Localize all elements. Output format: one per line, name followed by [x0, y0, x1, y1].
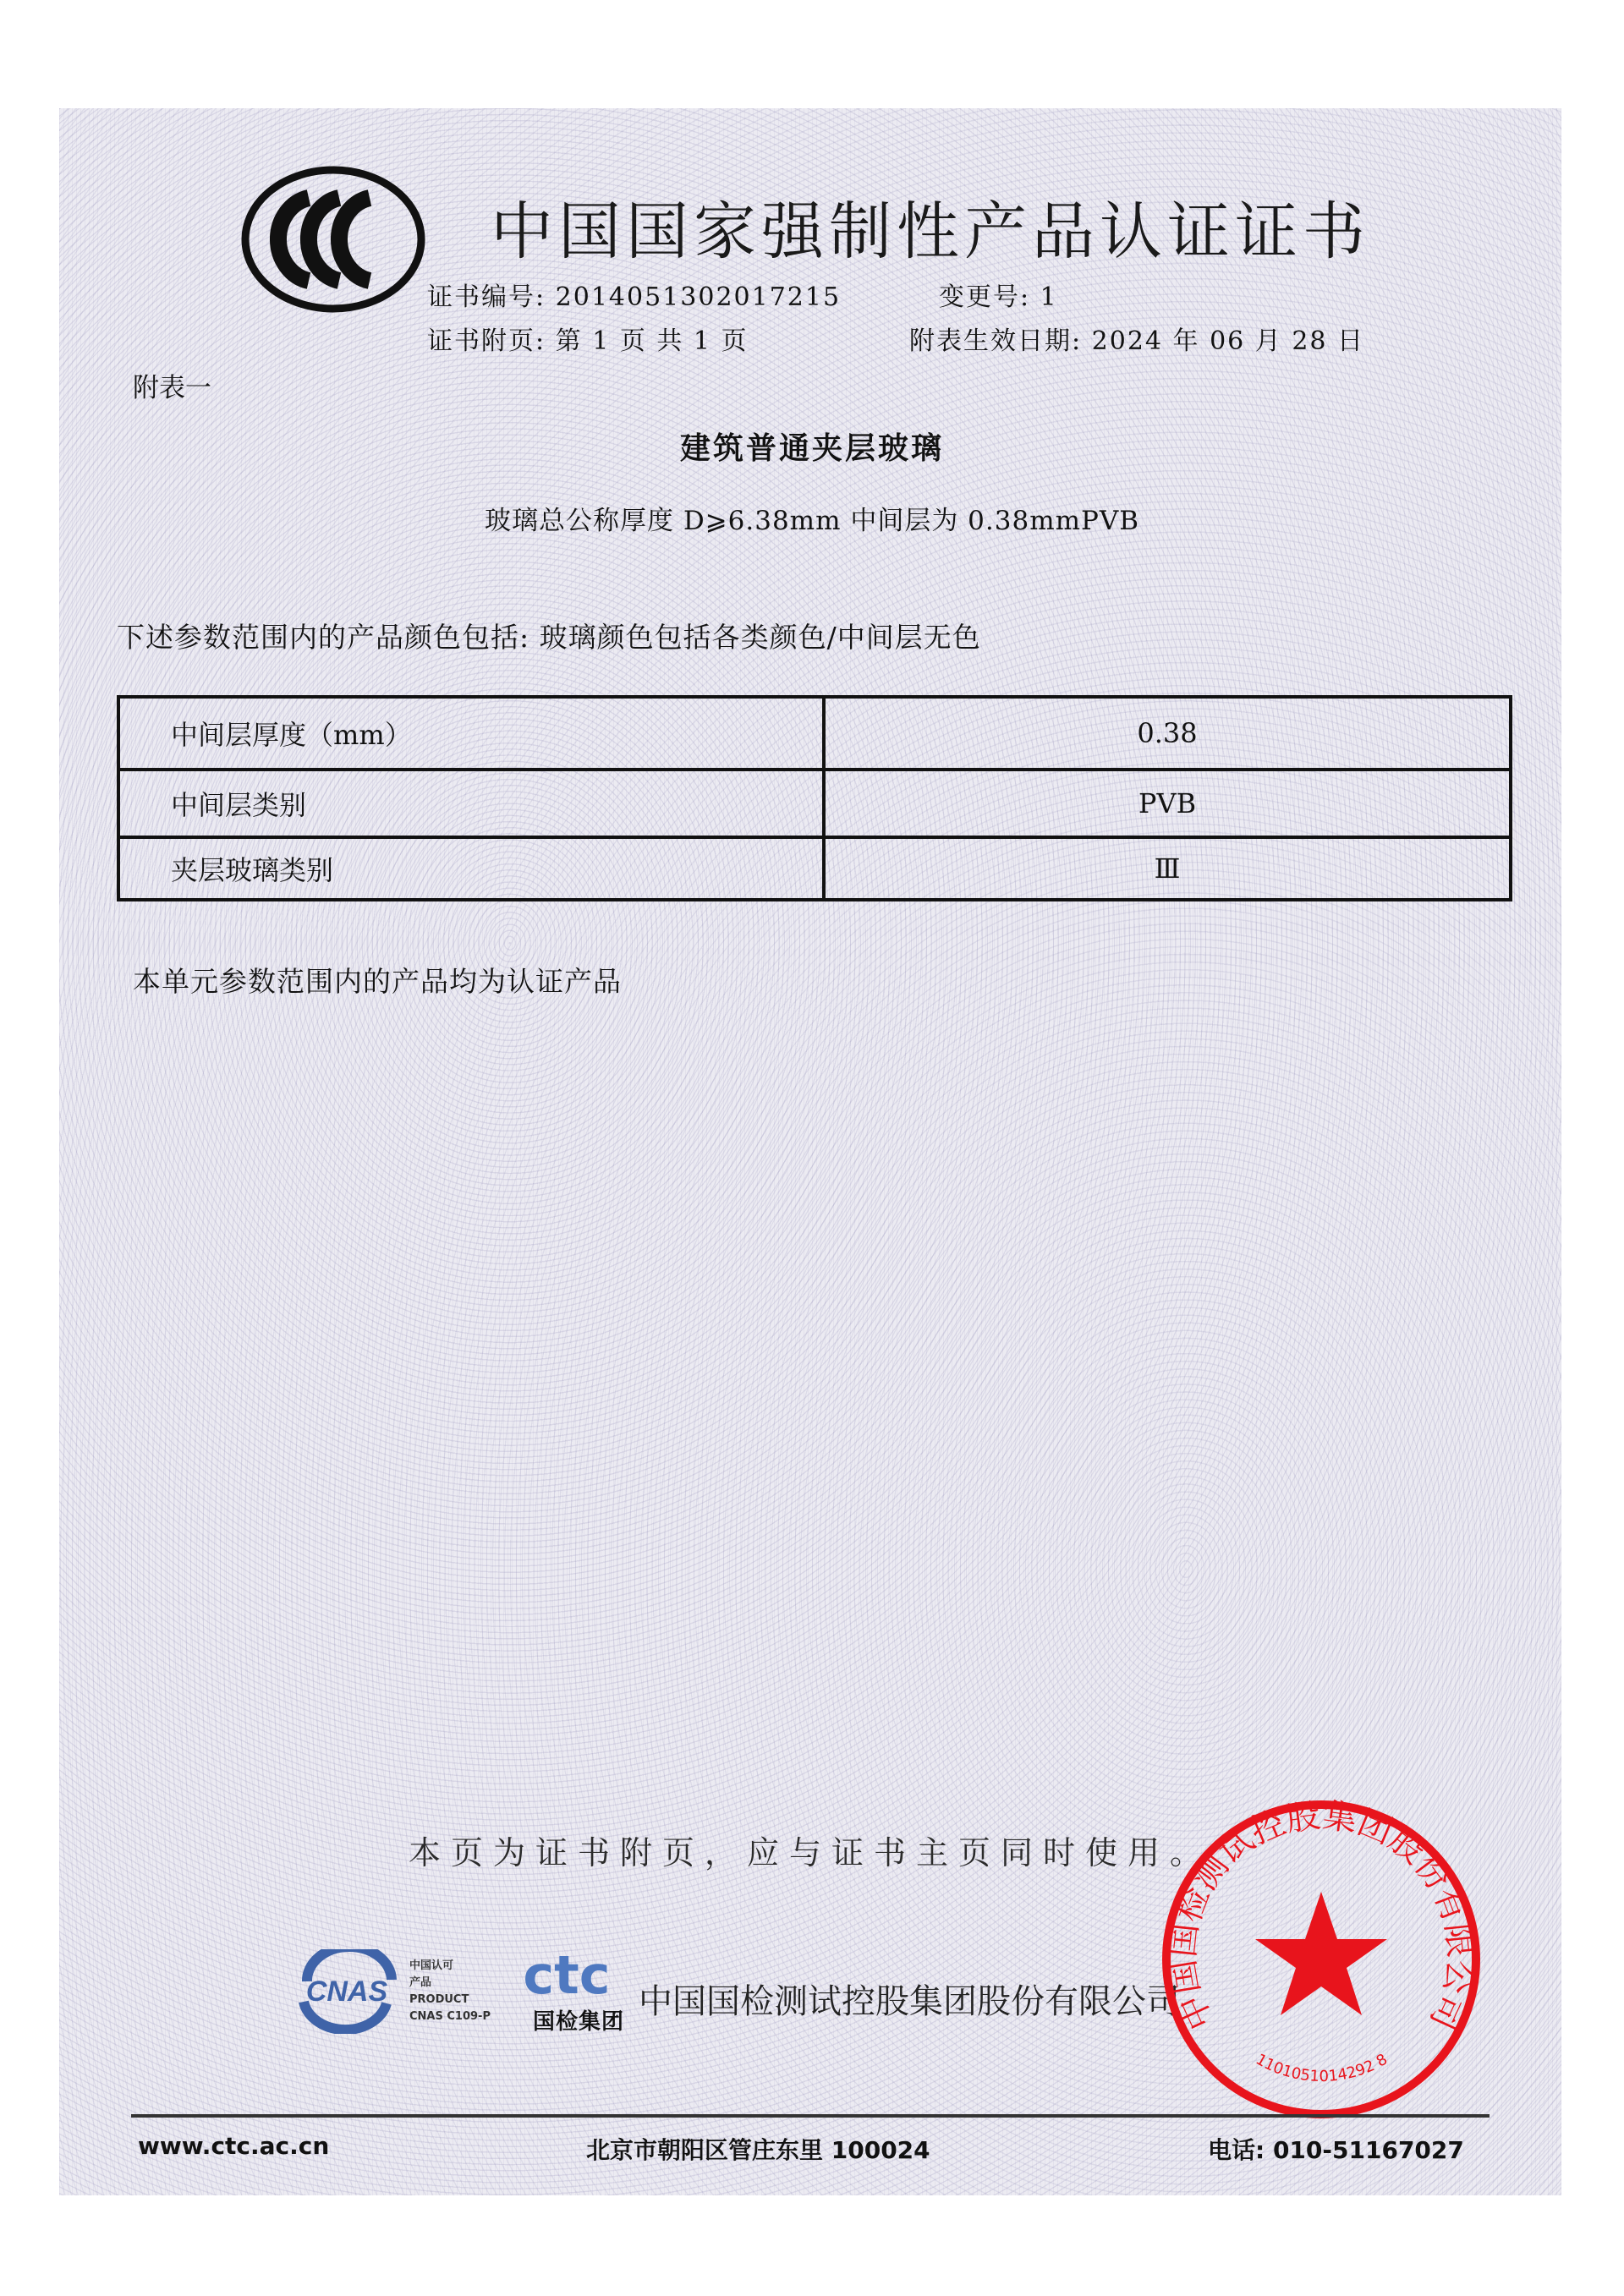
color-note: 下述参数范围内的产品颜色包括: 玻璃颜色包括各类颜色/中间层无色: [117, 616, 981, 655]
footer-website: www.ctc.ac.cn: [138, 2132, 329, 2160]
param-value: 0.38: [824, 697, 1511, 770]
product-title: 建筑普通夹层玻璃: [0, 425, 1624, 468]
appendix-page: 证书附页: 第 1 页 共 1 页: [427, 320, 749, 357]
change-number-label: 变更号:: [939, 282, 1030, 312]
change-number: 变更号: 1: [939, 276, 1058, 313]
footer-divider: [131, 2114, 1490, 2118]
cnas-caption: 中国认可 产品 PRODUCT CNAS C109-P: [409, 1958, 491, 2025]
table-row: 中间层厚度（mm） 0.38: [118, 697, 1511, 770]
footer-address: 北京市朝阳区管庄东里 100024: [586, 2132, 930, 2166]
ctc-chinese-name: 国检集团: [533, 2004, 624, 2036]
appendix-label: 附表一: [133, 366, 211, 404]
svg-text:ctc: ctc: [523, 1949, 610, 2002]
cert-number-label: 证书编号:: [427, 282, 546, 312]
table-row: 中间层类别 PVB: [118, 770, 1511, 837]
param-label: 中间层类别: [118, 770, 824, 837]
company-name: 中国国检测试控股集团股份有限公司: [639, 1975, 1180, 2023]
change-number-value: 1: [1040, 282, 1058, 312]
scope-note: 本单元参数范围内的产品均为认证产品: [133, 960, 622, 1000]
effective-date-value: 2024 年 06 月 28 日: [1092, 326, 1364, 356]
footer-phone: 电话: 010-51167027: [1208, 2132, 1464, 2166]
ctc-logo-icon: ctc: [516, 1949, 617, 2002]
svg-text:CNAS: CNAS: [306, 1975, 388, 2008]
product-subtitle: 玻璃总公称厚度 D⩾6.38mm 中间层为 0.38mmPVB: [0, 499, 1624, 537]
parameters-table: 中间层厚度（mm） 0.38 中间层类别 PVB 夹层玻璃类别 Ⅲ: [117, 695, 1512, 901]
param-label: 中间层厚度（mm）: [118, 697, 824, 770]
cert-number-value: 2014051302017215: [556, 282, 841, 312]
effective-date-label: 附表生效日期:: [909, 326, 1082, 356]
cnas-line: PRODUCT: [409, 1992, 491, 2008]
cnas-line: 中国认可: [409, 1958, 491, 1975]
usage-note: 本页为证书附页，应与证书主页同时使用。: [409, 1827, 1212, 1873]
cnas-line: 产品: [409, 1975, 491, 1992]
svg-text:1101051014292 8: 1101051014292 8: [1253, 2051, 1391, 2085]
certificate-title: 中国国家强制性产品认证证书: [491, 182, 1370, 271]
cnas-logo-icon: CNAS: [292, 1949, 402, 2034]
appendix-page-label: 证书附页:: [427, 326, 546, 356]
param-label: 夹层玻璃类别: [118, 837, 824, 900]
cert-number: 证书编号: 2014051302017215: [427, 276, 841, 313]
param-value: Ⅲ: [824, 837, 1511, 900]
table-row: 夹层玻璃类别 Ⅲ: [118, 837, 1511, 900]
ccc-logo-icon: [239, 164, 427, 315]
official-seal-icon: 中国国检测试控股集团股份有限公司 1101051014292 8: [1159, 1797, 1484, 2123]
effective-date: 附表生效日期: 2024 年 06 月 28 日: [909, 320, 1364, 357]
param-value: PVB: [824, 770, 1511, 837]
appendix-page-value: 第 1 页 共 1 页: [556, 326, 749, 356]
cnas-line: CNAS C109-P: [409, 2008, 491, 2025]
